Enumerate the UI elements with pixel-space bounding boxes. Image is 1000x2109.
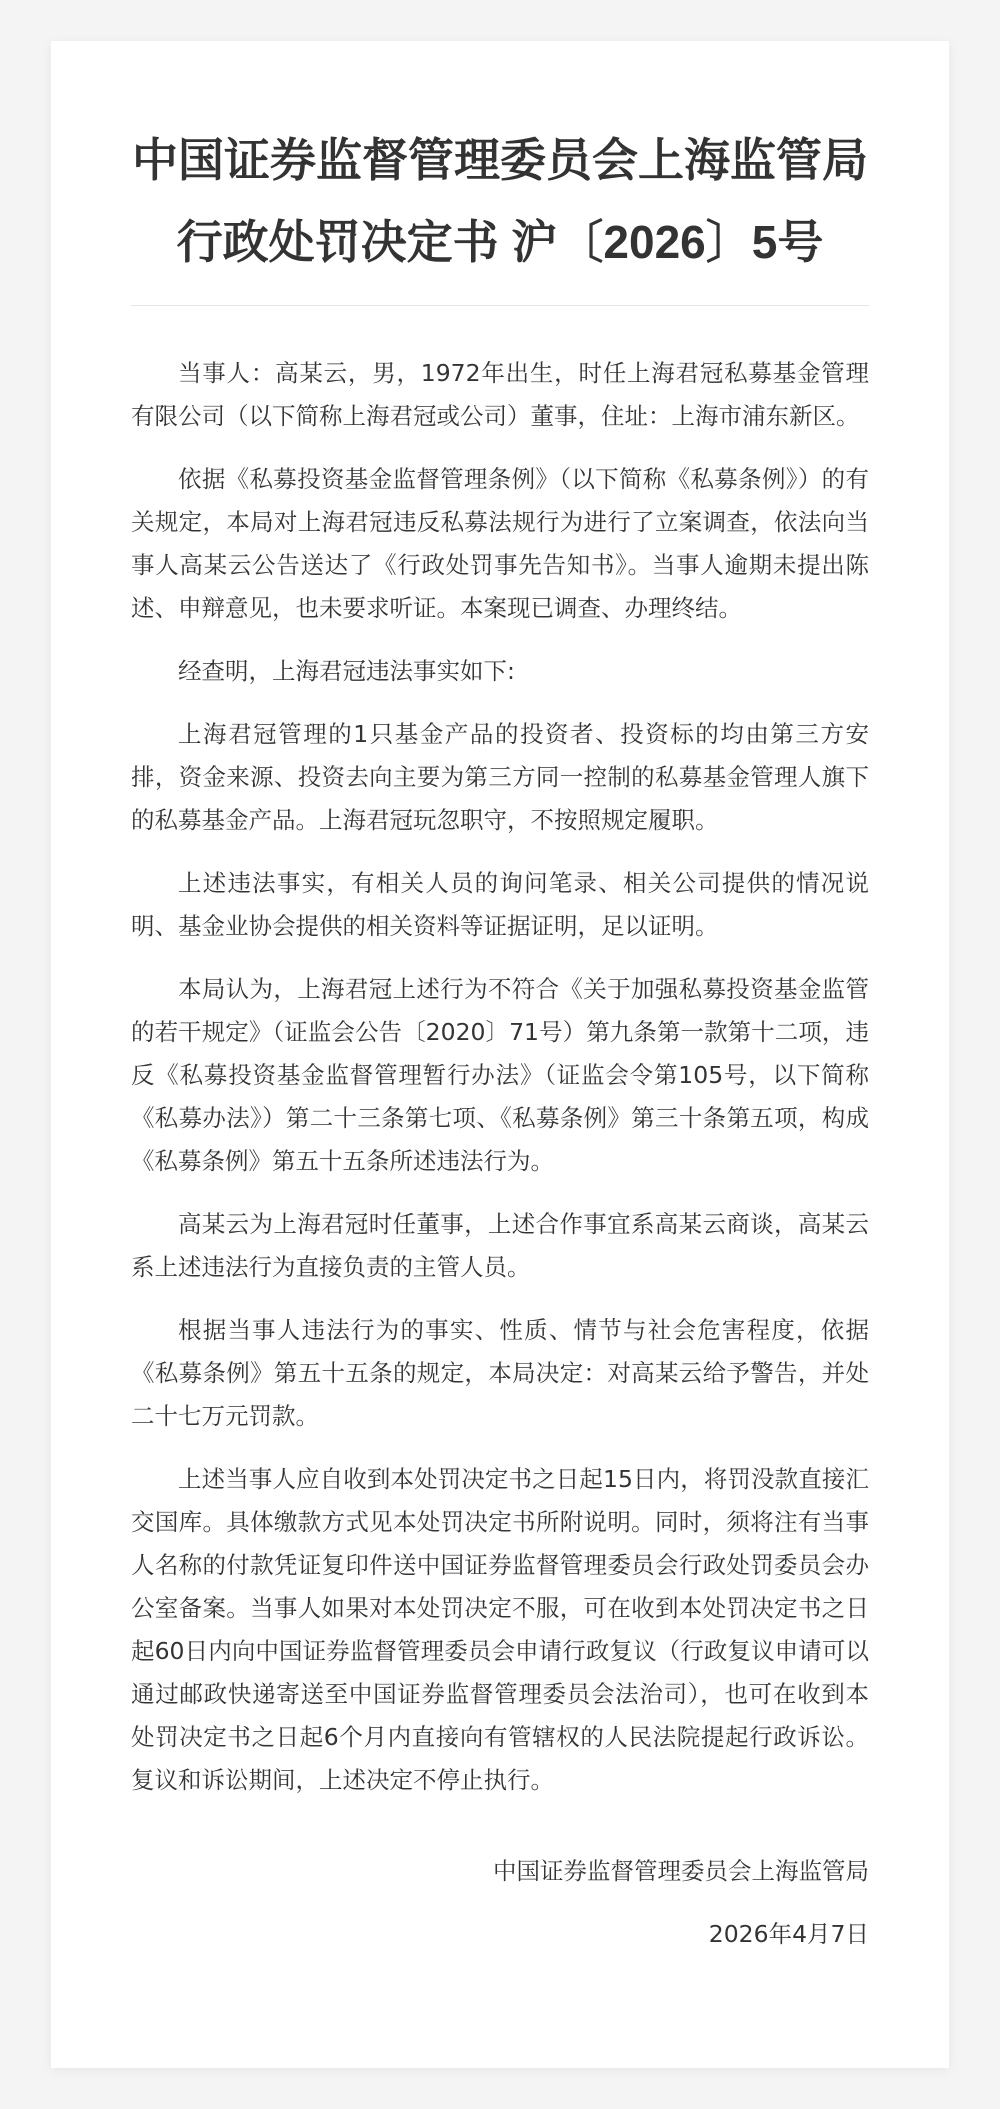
issuer-name: 中国证券监督管理委员会上海监管局: [131, 1850, 869, 1893]
document-card: 中国证券监督管理委员会上海监管局 行政处罚决定书 沪〔2026〕5号 当事人：高…: [51, 41, 949, 2068]
signature-block: 中国证券监督管理委员会上海监管局 2026年4月7日: [131, 1850, 869, 1956]
paragraph-decision: 根据当事人违法行为的事实、性质、情节与社会危害程度，依据《私募条例》第五十五条的…: [131, 1309, 869, 1438]
paragraph-payment-and-appeal: 上述当事人应自收到本处罚决定书之日起15日内，将罚没款直接汇交国库。具体缴款方式…: [131, 1458, 869, 1802]
title-line-2: 行政处罚决定书 沪〔2026〕5号: [131, 201, 869, 283]
title-line-1: 中国证券监督管理委员会上海监管局: [131, 119, 869, 201]
paragraph-findings-intro: 经查明，上海君冠违法事实如下:: [131, 650, 869, 693]
paragraph-facts: 上海君冠管理的1只基金产品的投资者、投资标的均由第三方安排，资金来源、投资去向主…: [131, 713, 869, 842]
paragraph-basis: 依据《私募投资基金监督管理条例》（以下简称《私募条例》）的有关规定，本局对上海君…: [131, 458, 869, 630]
document-body: 当事人：高某云，男，1972年出生，时任上海君冠私募基金管理有限公司（以下简称上…: [131, 352, 869, 1802]
title-divider: [131, 305, 869, 306]
issue-date: 2026年4月7日: [131, 1913, 869, 1956]
paragraph-legal-analysis: 本局认为，上海君冠上述行为不符合《关于加强私募投资基金监管的若干规定》（证监会公…: [131, 968, 869, 1183]
page: 中国证券监督管理委员会上海监管局 行政处罚决定书 沪〔2026〕5号 当事人：高…: [0, 0, 1000, 2109]
paragraph-party: 当事人：高某云，男，1972年出生，时任上海君冠私募基金管理有限公司（以下简称上…: [131, 352, 869, 438]
paragraph-responsibility: 高某云为上海君冠时任董事，上述合作事宜系高某云商谈，高某云系上述违法行为直接负责…: [131, 1203, 869, 1289]
document-title: 中国证券监督管理委员会上海监管局 行政处罚决定书 沪〔2026〕5号: [131, 119, 869, 283]
paragraph-evidence: 上述违法事实，有相关人员的询问笔录、相关公司提供的情况说明、基金业协会提供的相关…: [131, 862, 869, 948]
